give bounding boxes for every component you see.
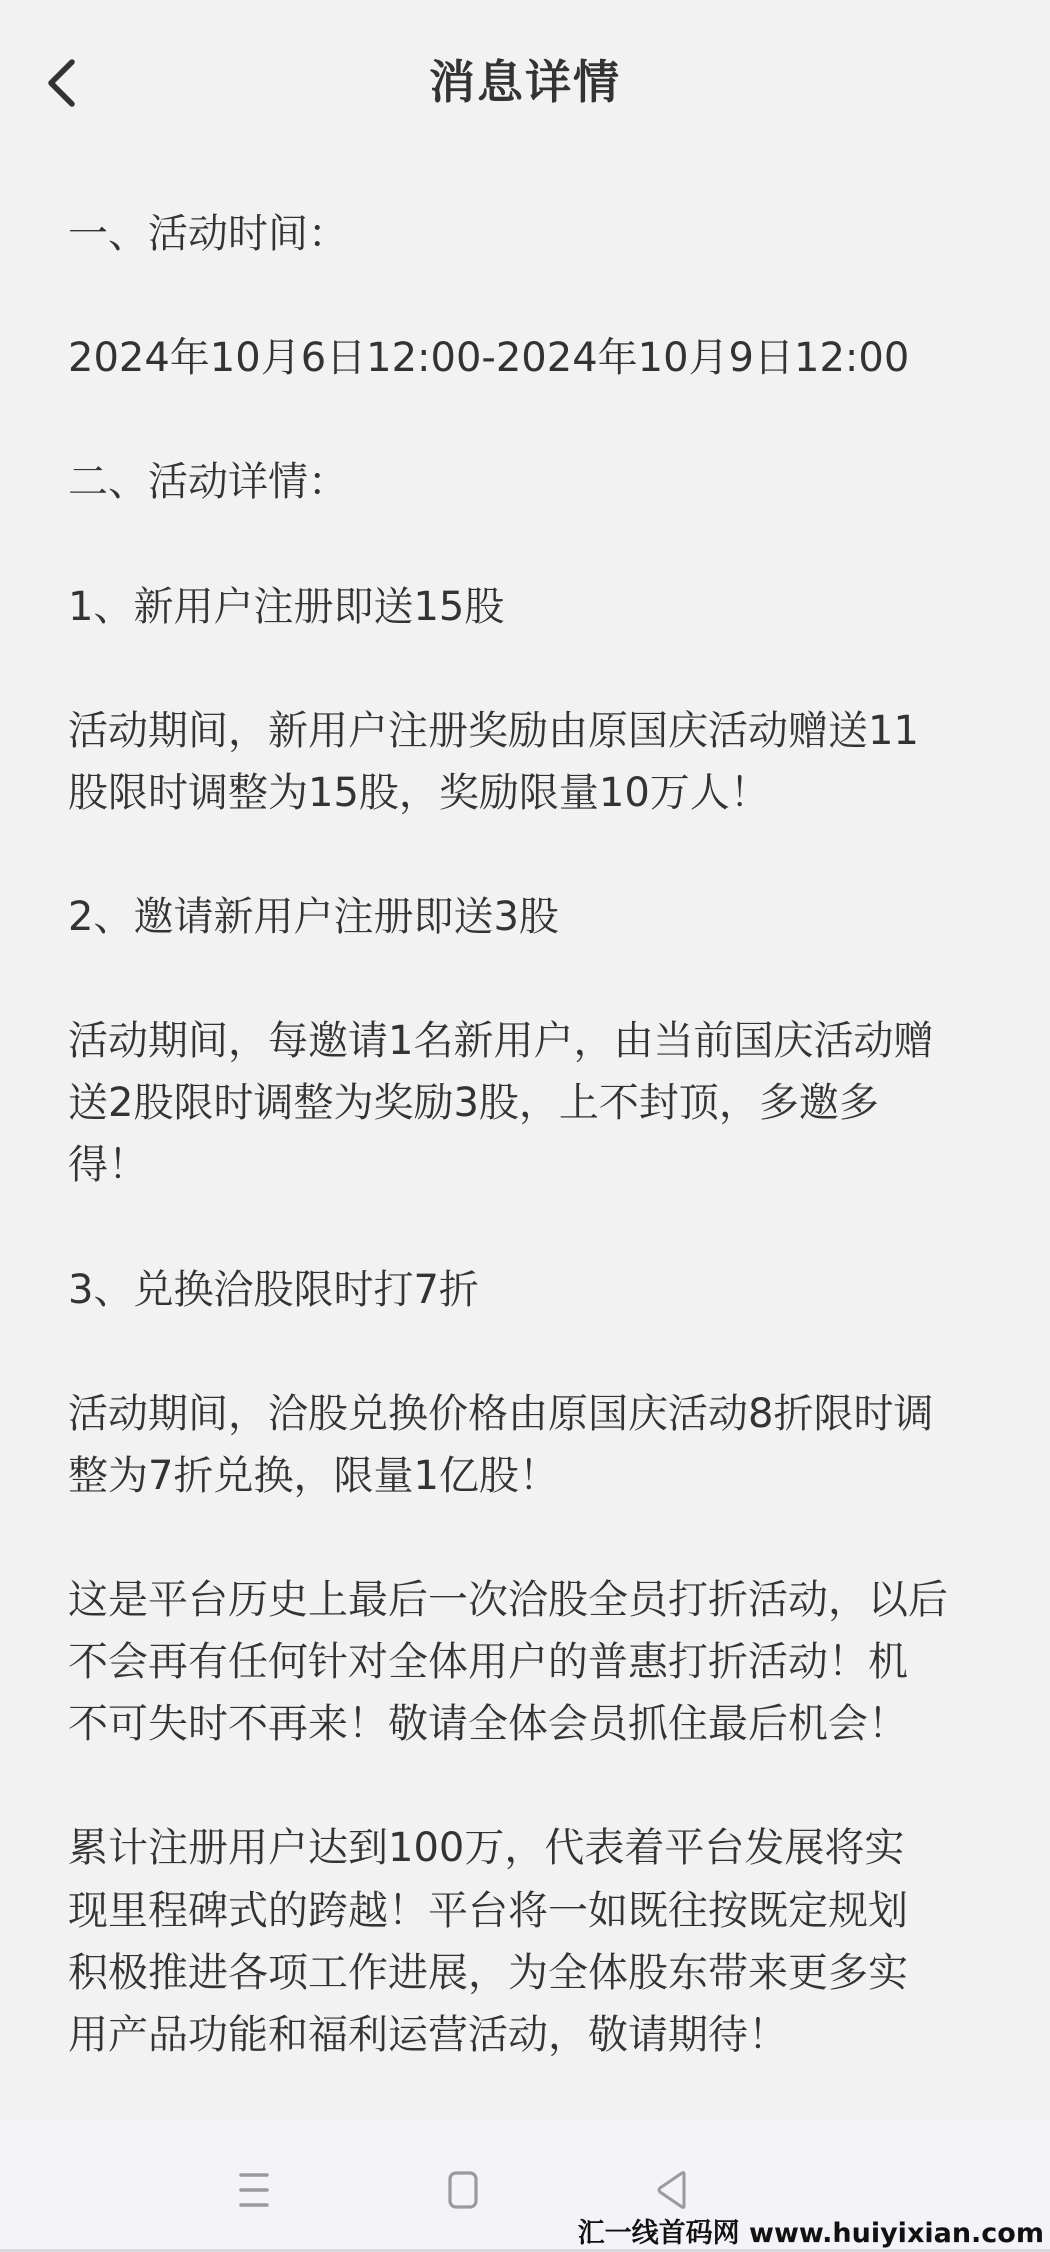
text-line: 活动期间，每邀请1名新用户，由当前国庆活动赠 — [68, 1010, 968, 1072]
paragraph-new-user-bonus: 活动期间，新用户注册奖励由原国庆活动赠送11 股限时调整为15股，奖励限量10万… — [68, 700, 968, 824]
system-back-button[interactable] — [631, 2160, 711, 2224]
text-line: 3、兑换洽股限时打7折 — [68, 1259, 968, 1321]
text-line: 二、活动详情： — [68, 451, 968, 513]
back-triangle-icon — [656, 2171, 688, 2209]
text-line: 得！ — [68, 1134, 968, 1196]
paragraph-milestone: 累计注册用户达到100万，代表着平台发展将实 现里程碑式的跨越！平台将一如既往按… — [68, 1817, 968, 2065]
text-line: 积极推进各项工作进展，为全体股东带来更多实 — [68, 1942, 968, 2004]
activity-time-range: 2024年10月6日12:00-2024年10月9日12:00 — [68, 327, 968, 389]
text-line: 2024年10月6日12:00-2024年10月9日12:00 — [68, 327, 968, 389]
home-icon — [448, 2171, 478, 2209]
message-body: 一、活动时间： 2024年10月6日12:00-2024年10月9日12:00 … — [68, 203, 968, 2128]
paragraph-exchange-discount: 活动期间，洽股兑换价格由原国庆活动8折限时调 整为7折兑换，限量1亿股！ — [68, 1383, 968, 1507]
heading-activity-time: 一、活动时间： — [68, 203, 968, 265]
text-line: 不可失时不再来！敬请全体会员抓住最后机会！ — [68, 1693, 968, 1755]
text-line: 股限时调整为15股，奖励限量10万人！ — [68, 762, 968, 824]
text-line: 这是平台历史上最后一次洽股全员打折活动，以后 — [68, 1569, 968, 1631]
page-title: 消息详情 — [0, 52, 1050, 112]
home-button[interactable] — [423, 2160, 503, 2224]
header-bar: 消息详情 — [0, 0, 1050, 165]
recent-apps-button[interactable] — [214, 2160, 294, 2224]
subheading-invite-bonus: 2、邀请新用户注册即送3股 — [68, 886, 968, 948]
paragraph-invite-bonus: 活动期间，每邀请1名新用户，由当前国庆活动赠 送2股限时调整为奖励3股，上不封顶… — [68, 1010, 968, 1196]
text-line: 2、邀请新用户注册即送3股 — [68, 886, 968, 948]
text-line: 送2股限时调整为奖励3股，上不封顶，多邀多 — [68, 1072, 968, 1134]
text-line: 活动期间，新用户注册奖励由原国庆活动赠送11 — [68, 700, 968, 762]
text-line: 现里程碑式的跨越！平台将一如既往按既定规划 — [68, 1880, 968, 1942]
paragraph-last-discount-notice: 这是平台历史上最后一次洽股全员打折活动，以后 不会再有任何针对全体用户的普惠打折… — [68, 1569, 968, 1755]
watermark: 汇一线首码网 www.huiyixian.com — [578, 2218, 1044, 2250]
text-line: 1、新用户注册即送15股 — [68, 576, 968, 638]
heading-activity-details: 二、活动详情： — [68, 451, 968, 513]
text-line: 累计注册用户达到100万，代表着平台发展将实 — [68, 1817, 968, 1879]
text-line: 活动期间，洽股兑换价格由原国庆活动8折限时调 — [68, 1383, 968, 1445]
text-line: 不会再有任何针对全体用户的普惠打折活动！机 — [68, 1631, 968, 1693]
menu-icon — [239, 2171, 269, 2209]
subheading-new-user-bonus: 1、新用户注册即送15股 — [68, 576, 968, 638]
subheading-exchange-discount: 3、兑换洽股限时打7折 — [68, 1259, 968, 1321]
text-line: 用产品功能和福利运营活动，敬请期待！ — [68, 2004, 968, 2066]
text-line: 一、活动时间： — [68, 203, 968, 265]
text-line: 整为7折兑换，限量1亿股！ — [68, 1445, 968, 1507]
